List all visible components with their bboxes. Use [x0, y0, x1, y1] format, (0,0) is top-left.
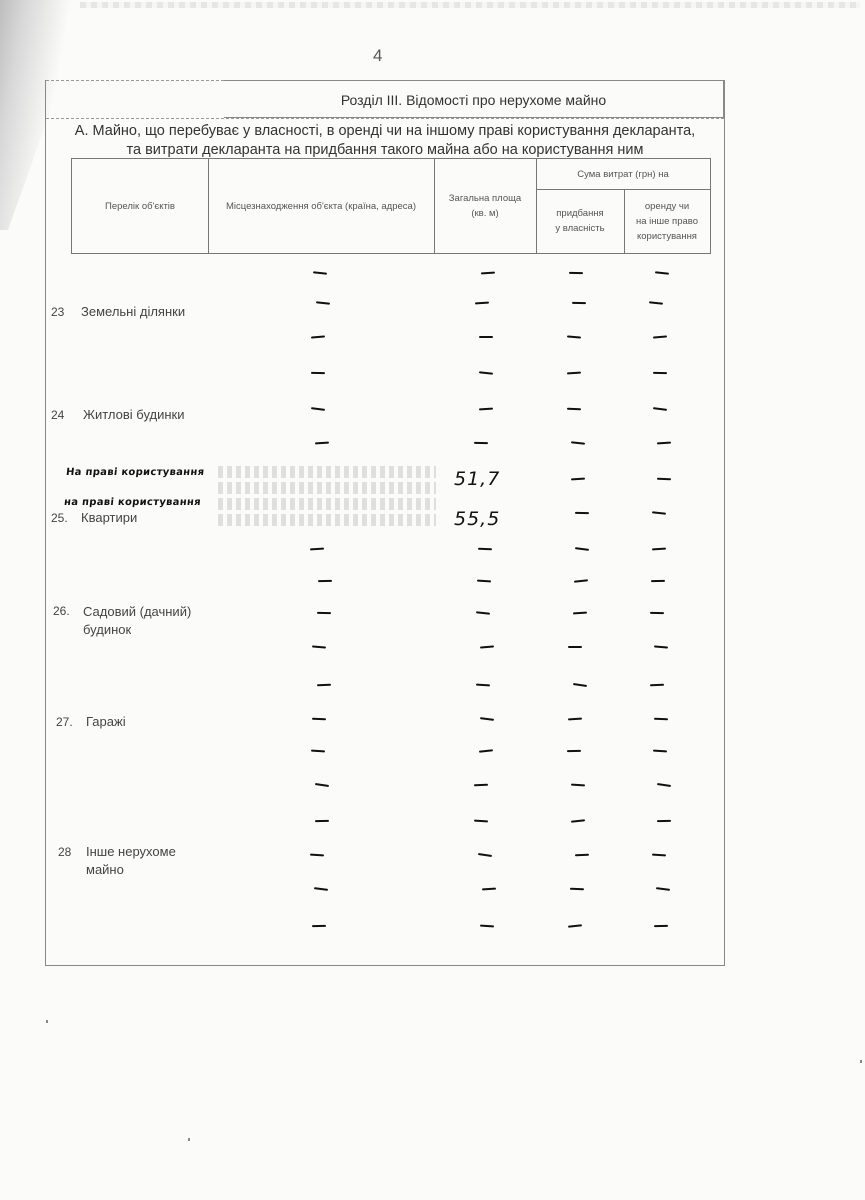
empty-marker	[476, 611, 490, 614]
divider	[46, 80, 224, 81]
empty-marker	[650, 612, 664, 614]
row-label-line: майно	[86, 861, 176, 879]
empty-marker	[315, 442, 329, 445]
real-estate-form: Розділ III. Відомості про нерухоме майно…	[45, 80, 725, 966]
empty-marker	[482, 888, 496, 891]
empty-marker	[567, 335, 581, 338]
empty-marker	[474, 442, 488, 444]
header-purchase: придбанняу власність	[536, 189, 625, 253]
empty-marker	[567, 408, 581, 410]
handwritten-area: 55,5	[454, 508, 500, 530]
empty-marker	[652, 854, 666, 857]
empty-marker	[311, 407, 325, 411]
header-expenses: Сума витрат (грн) на	[536, 159, 710, 190]
empty-marker	[653, 335, 667, 338]
empty-marker	[567, 750, 581, 752]
empty-marker	[316, 301, 330, 304]
empty-marker	[568, 646, 582, 648]
header-objects: Перелік об'єктів	[72, 159, 209, 253]
empty-marker	[575, 512, 589, 514]
redacted-location	[218, 498, 436, 510]
divider	[46, 118, 724, 119]
empty-marker	[310, 548, 324, 551]
row-label-line: будинок	[83, 621, 191, 639]
empty-marker	[654, 718, 668, 720]
empty-marker	[479, 408, 493, 411]
empty-marker	[474, 820, 488, 823]
empty-marker	[315, 783, 329, 787]
row-number: 25.	[51, 511, 68, 525]
empty-marker	[652, 511, 666, 514]
row-label-houses: Житлові будинки	[83, 407, 185, 422]
header-rent: оренду чина інше правокористування	[624, 189, 710, 253]
header-rent-line: користування	[636, 229, 698, 244]
empty-marker	[475, 302, 489, 305]
row-number: 24	[51, 408, 64, 422]
empty-marker	[312, 718, 326, 720]
redacted-location	[218, 482, 436, 494]
empty-marker	[569, 272, 583, 274]
empty-marker	[476, 684, 490, 687]
empty-marker	[574, 579, 588, 582]
empty-marker	[653, 750, 667, 753]
empty-marker	[317, 612, 331, 614]
empty-marker	[571, 478, 585, 481]
empty-marker	[575, 854, 589, 856]
scan-speck	[860, 1060, 862, 1063]
empty-marker	[570, 888, 584, 890]
scan-speck	[46, 1020, 48, 1023]
empty-marker	[655, 271, 669, 274]
empty-marker	[313, 271, 327, 274]
empty-marker	[479, 749, 493, 752]
scan-speck	[188, 1138, 190, 1141]
header-rent-line: оренду чи	[636, 199, 698, 214]
empty-marker	[312, 925, 326, 927]
empty-marker	[312, 645, 326, 648]
empty-marker	[653, 372, 667, 374]
header-location: Місцезнаходження об'єкта (країна, адреса…	[208, 159, 435, 253]
subtitle: А. Майно, що перебуває у власності, в ор…	[46, 122, 724, 160]
empty-marker	[477, 580, 491, 583]
row-label-line: Інше нерухоме	[86, 843, 176, 861]
handwritten-right: на праві користування	[63, 497, 201, 508]
empty-marker	[317, 684, 331, 686]
empty-marker	[480, 925, 494, 928]
header-purchase-line: у власність	[555, 221, 604, 236]
empty-marker	[311, 335, 325, 338]
empty-marker	[571, 441, 585, 444]
handwritten-area: 51,7	[454, 468, 500, 490]
empty-marker	[573, 683, 587, 687]
empty-marker	[315, 820, 329, 822]
empty-marker	[654, 645, 668, 648]
empty-marker	[652, 548, 666, 551]
subtitle-line-1: А. Майно, що перебуває у власності, в ор…	[46, 122, 724, 141]
empty-marker	[310, 854, 324, 857]
empty-marker	[571, 819, 585, 822]
row-label-line: Садовий (дачний)	[83, 603, 191, 621]
row-label-garden-house: Садовий (дачний) будинок	[83, 603, 191, 639]
page-number: 4	[373, 46, 382, 66]
handwritten-right: На праві користування	[65, 467, 204, 478]
row-label-land: Земельні ділянки	[81, 304, 185, 319]
header-area-unit: (кв. м)	[449, 206, 521, 221]
empty-marker	[650, 684, 664, 686]
row-number: 28	[58, 845, 71, 859]
redacted-location	[218, 514, 436, 526]
empty-marker	[573, 612, 587, 615]
empty-marker	[311, 750, 325, 753]
empty-marker	[481, 272, 495, 275]
empty-marker	[478, 548, 492, 550]
empty-marker	[649, 301, 663, 304]
empty-marker	[568, 924, 582, 927]
empty-marker	[474, 784, 488, 786]
empty-marker	[653, 407, 667, 411]
empty-marker	[318, 580, 332, 582]
empty-marker	[657, 783, 671, 787]
empty-marker	[651, 580, 665, 582]
empty-marker	[480, 717, 494, 721]
section-title: Розділ III. Відомості про нерухоме майно	[224, 80, 724, 118]
empty-marker	[479, 371, 493, 374]
row-number: 26.	[53, 604, 70, 618]
empty-marker	[656, 887, 670, 891]
empty-marker	[657, 820, 671, 822]
empty-marker	[567, 372, 581, 375]
empty-marker	[654, 925, 668, 927]
empty-marker	[657, 442, 671, 445]
row-number: 23	[51, 305, 64, 319]
empty-marker	[311, 372, 325, 374]
header-purchase-line: придбання	[555, 206, 604, 221]
empty-marker	[657, 478, 671, 480]
empty-marker	[572, 302, 586, 304]
row-label-garages: Гаражі	[86, 714, 126, 729]
table-header: Перелік об'єктів Місцезнаходження об'єкт…	[71, 158, 711, 254]
empty-marker	[478, 853, 492, 857]
empty-marker	[571, 784, 585, 787]
empty-marker	[568, 718, 582, 721]
row-label-other: Інше нерухоме майно	[86, 843, 176, 879]
header-rent-line: на інше право	[636, 214, 698, 229]
empty-marker	[575, 547, 589, 551]
row-label-apartments: Квартири	[81, 510, 137, 525]
header-area-line: Загальна площа	[449, 191, 521, 206]
header-area: Загальна площа(кв. м)	[434, 159, 537, 253]
redacted-location	[218, 466, 436, 478]
row-number: 27.	[56, 715, 73, 729]
empty-marker	[314, 887, 328, 891]
empty-marker	[480, 645, 494, 648]
empty-marker	[479, 336, 493, 338]
scan-artifact	[80, 2, 860, 8]
